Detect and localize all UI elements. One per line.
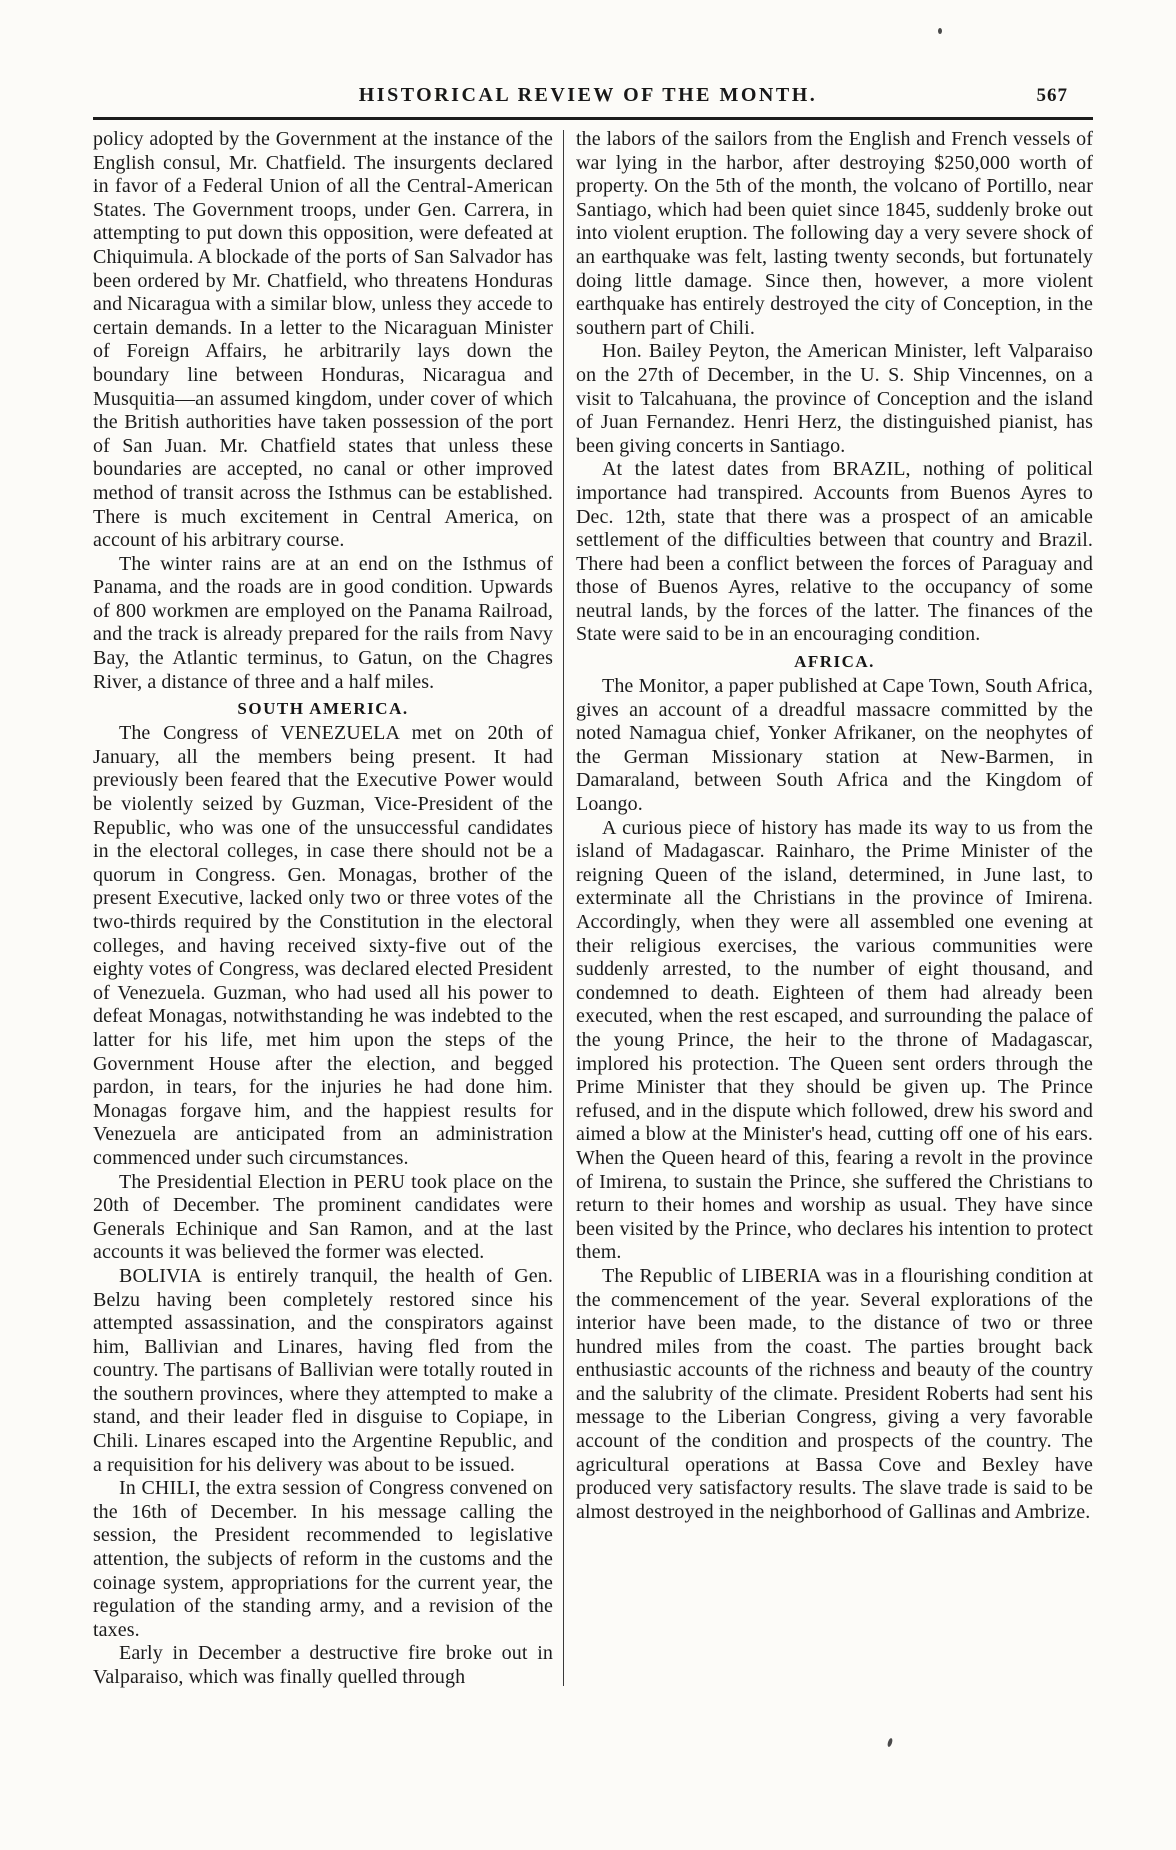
scan-speck bbox=[938, 28, 942, 34]
page-title: HISTORICAL REVIEW OF THE MONTH. bbox=[0, 84, 1176, 107]
section-heading-south-america: SOUTH AMERICA. bbox=[93, 697, 553, 720]
section-heading-africa: AFRICA. bbox=[576, 650, 1093, 673]
scan-speck bbox=[101, 1601, 104, 1604]
paragraph: the labors of the sailors from the Engli… bbox=[576, 128, 1093, 340]
header-rule bbox=[93, 117, 1093, 120]
paragraph: The Presidential Election in PERU took p… bbox=[93, 1171, 553, 1265]
scan-speck bbox=[887, 1738, 894, 1748]
paragraph: Hon. Bailey Peyton, the American Ministe… bbox=[576, 340, 1093, 458]
left-column: policy adopted by the Government at the … bbox=[93, 128, 553, 1690]
right-column: the labors of the sailors from the Engli… bbox=[576, 128, 1093, 1690]
column-divider-rule bbox=[563, 130, 564, 1686]
paragraph: The Monitor, a paper published at Cape T… bbox=[576, 675, 1093, 817]
paragraph: The Congress of VENEZUELA met on 20th of… bbox=[93, 722, 553, 1170]
paragraph: Early in December a destructive fire bro… bbox=[93, 1642, 553, 1689]
two-column-text-area: policy adopted by the Government at the … bbox=[93, 128, 1093, 1690]
paragraph: A curious piece of history has made its … bbox=[576, 817, 1093, 1265]
paragraph: At the latest dates from BRAZIL, nothing… bbox=[576, 458, 1093, 647]
paragraph: The Republic of LIBERIA was in a flouris… bbox=[576, 1265, 1093, 1525]
paragraph: The winter rains are at an end on the Is… bbox=[93, 553, 553, 695]
paragraph: BOLIVIA is entirely tranquil, the health… bbox=[93, 1265, 553, 1477]
paragraph: policy adopted by the Government at the … bbox=[93, 128, 553, 553]
page-number: 567 bbox=[1037, 85, 1069, 107]
paragraph: In CHILI, the extra session of Congress … bbox=[93, 1477, 553, 1642]
